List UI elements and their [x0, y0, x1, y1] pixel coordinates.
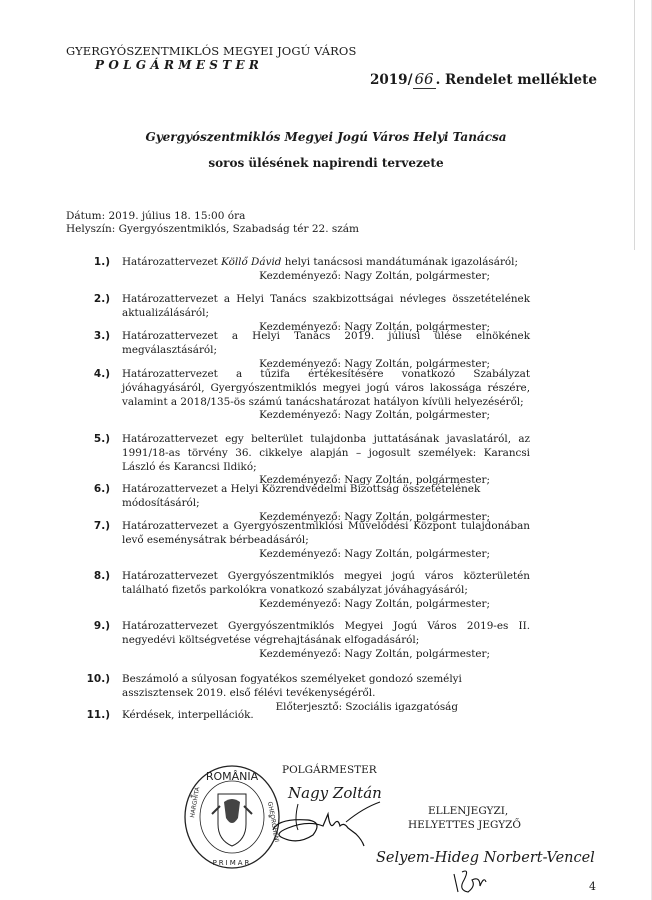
agenda-item-number: 4.) [84, 368, 110, 382]
countersign-name: Selyem-Hideg Norbert-Vencel [376, 850, 595, 866]
agenda-item: 2.)Határozattervezet a Helyi Tanács szak… [90, 293, 530, 334]
agenda-item-text: Határozattervezet Gyergyószentmiklós meg… [122, 570, 530, 611]
mayor-title: POLGÁRMESTER [282, 764, 377, 776]
agenda-item-initiator: Kezdeményező: Nagy Zoltán, polgármester; [122, 598, 530, 612]
scan-edge-line [634, 0, 635, 250]
office-heading: POLGÁRMESTER [95, 58, 263, 72]
agenda-item: 8.)Határozattervezet Gyergyószentmiklós … [90, 570, 530, 611]
agenda-item-number: 1.) [84, 256, 110, 270]
decree-suffix: . Rendelet melléklete [436, 72, 597, 88]
decree-reference: 2019/66. Rendelet melléklete [370, 70, 597, 88]
agenda-item: 6.)Határozattervezet a Helyi Közrendvéde… [90, 483, 530, 524]
agenda-item-text: Határozattervezet egy belterület tulajdo… [122, 433, 530, 488]
agenda-item: 5.)Határozattervezet egy belterület tula… [90, 433, 530, 488]
agenda-item-number: 8.) [84, 570, 110, 584]
agenda-item-text: Határozattervezet a Helyi Tanács szakbiz… [122, 293, 530, 334]
countersign-role: HELYETTES JEGYZŐ [408, 819, 521, 831]
meeting-location: Helyszín: Gyergyószentmiklós, Szabadság … [66, 223, 359, 235]
agenda-item-text: Határozattervezet a Helyi Közrendvédelmi… [122, 483, 530, 524]
svg-text:*: * [190, 794, 194, 802]
agenda-item-text: Határozattervezet a tűzifa értékesítésér… [122, 368, 530, 423]
mayor-signature [268, 800, 388, 850]
agenda-item-number: 11.) [84, 709, 110, 723]
handwritten-initials-icon [450, 866, 490, 898]
agenda-item: 11.)Kérdések, interpellációk. [90, 709, 530, 723]
page-number: 4 [589, 880, 596, 893]
agenda-item-number: 10.) [84, 673, 110, 687]
svg-text:ROMÂNIA: ROMÂNIA [206, 770, 259, 783]
agenda-item-number: 9.) [84, 620, 110, 634]
agenda-item: 1.)Határozattervezet Köllő Dávid helyi t… [90, 256, 530, 284]
agenda-item-text: Határozattervezet a Gyergyószentmiklósi … [122, 520, 530, 561]
meeting-date: Dátum: 2019. július 18. 15:00 óra [66, 210, 245, 222]
agenda-item-number: 7.) [84, 520, 110, 534]
agenda-item: 9.)Határozattervezet Gyergyószentmiklós … [90, 620, 530, 661]
agenda-item-text: Kérdések, interpellációk. [122, 709, 530, 723]
agenda-item-text: Határozattervezet Gyergyószentmiklós Meg… [122, 620, 530, 661]
official-stamp: ROMÂNIA PRIMAR HARGHITA GHEORGHENI * * [182, 762, 282, 872]
countersign-signature [450, 866, 490, 898]
agenda-item-number: 2.) [84, 293, 110, 307]
decree-number-handwritten: 66 [413, 70, 436, 89]
agenda-item: 7.)Határozattervezet a Gyergyószentmikló… [90, 520, 530, 561]
agenda-item-initiator: Kezdeményező: Nagy Zoltán, polgármester; [122, 648, 530, 662]
agenda-item-number: 6.) [84, 483, 110, 497]
document-subtitle: soros ülésének napirendi tervezete [0, 156, 652, 170]
agenda-item: 3.)Határozattervezet a Helyi Tanács 2019… [90, 330, 530, 371]
handwritten-signature-icon [268, 800, 388, 850]
organization-name: GYERGYÓSZENTMIKLÓS MEGYEI JOGÚ VÁROS [66, 44, 356, 58]
agenda-item-number: 5.) [84, 433, 110, 447]
agenda-item-initiator: Kezdeményező: Nagy Zoltán, polgármester; [122, 270, 530, 284]
agenda-item-initiator: Kezdeményező: Nagy Zoltán, polgármester; [122, 409, 530, 423]
document-title: Gyergyószentmiklós Megyei Jogú Város Hel… [0, 130, 652, 144]
countersign-title: ELLENJEGYZI, [428, 805, 508, 817]
agenda-item: 4.)Határozattervezet a tűzifa értékesíté… [90, 368, 530, 423]
svg-text:PRIMAR: PRIMAR [213, 859, 252, 867]
agenda-item-initiator: Kezdeményező: Nagy Zoltán, polgármester; [122, 548, 530, 562]
agenda-item-number: 3.) [84, 330, 110, 344]
stamp-seal-icon: ROMÂNIA PRIMAR HARGHITA GHEORGHENI * * [182, 762, 282, 872]
agenda-item-text: Határozattervezet Köllő Dávid helyi taná… [122, 256, 530, 284]
decree-prefix: 2019/ [370, 72, 413, 88]
agenda-item-text: Határozattervezet a Helyi Tanács 2019. j… [122, 330, 530, 371]
